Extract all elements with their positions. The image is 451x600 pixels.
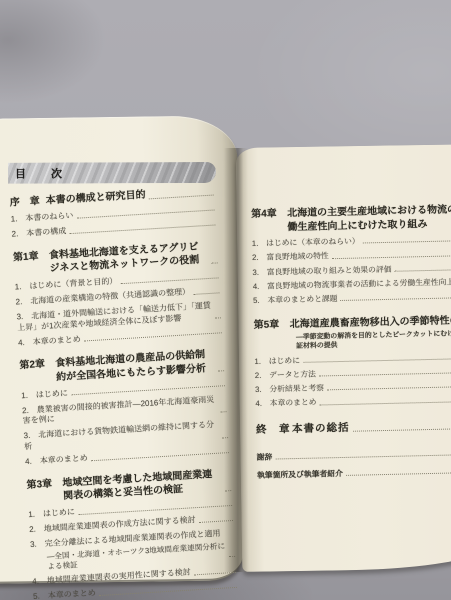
toc-item: 3. 分析結果と考察: [255, 380, 451, 395]
chapter-label: 終 章: [256, 422, 292, 437]
toc-header-title: 目 次: [8, 165, 69, 181]
dotted-leader: [303, 358, 451, 363]
toc-item-text: 2. データと方法: [255, 369, 316, 381]
dotted-leader: [222, 437, 228, 438]
toc-item-text: 5. 本章のまとめ: [33, 588, 96, 600]
dotted-leader: [99, 586, 237, 595]
dotted-leader: [120, 277, 218, 284]
toc-item: 1. はじめに: [254, 351, 451, 366]
dotted-leader: [353, 428, 451, 432]
toc-section-final: 終 章 本書の総括: [256, 417, 451, 436]
acknowledgments-entry: 謝辞: [257, 447, 451, 463]
toc-item-text: 1. はじめに: [28, 507, 75, 520]
dotted-leader: [76, 209, 214, 218]
toc-section-preface: 序 章 本書の構成と研究目的 1. 本書のねらい 2. 本書の構成: [9, 185, 215, 241]
toc-item-text: 2. 富良野地域の特性: [252, 252, 329, 264]
dotted-leader: [69, 224, 215, 234]
authors-text: 執筆箇所及び執筆者紹介: [257, 468, 343, 481]
left-page: 目 次 序 章 本書の構成と研究目的 1. 本書のねらい 2. 本書の構成: [0, 115, 243, 583]
toc-item: 2. データと方法: [255, 366, 451, 381]
dotted-leader: [332, 254, 451, 258]
dotted-leader: [341, 297, 451, 301]
dotted-leader: [395, 269, 451, 272]
dotted-leader: [221, 411, 227, 412]
chapter-title: 北海道の主要生産地域における物流の労働生産性向上にむけた取り組み: [287, 203, 451, 234]
toc-item-text: 4. 富良野地域の物流事業者の活動による労働生産性向上の足掛かり: [253, 277, 451, 292]
toc-item-text: 1. 本書のねらい: [10, 211, 73, 225]
dotted-leader: [327, 386, 451, 390]
dotted-leader: [78, 505, 232, 515]
chapter-label: 第1章: [13, 249, 50, 265]
dotted-leader: [149, 194, 214, 199]
dotted-leader: [346, 472, 451, 476]
chapter-title: 本書の総括: [292, 420, 350, 435]
chapter-subtitle: ―季節変動の解消を目的としたピークカットにむけた検証材料の提供: [296, 329, 451, 352]
dotted-leader: [229, 556, 235, 557]
toc-item-text: 1. はじめに: [254, 355, 300, 366]
dotted-leader: [320, 400, 451, 405]
dotted-leader: [194, 571, 236, 575]
dotted-leader: [212, 262, 218, 263]
dotted-leader: [84, 333, 222, 342]
toc-item-text: 1. はじめに（本章のねらい）: [252, 237, 360, 250]
toc-section-chapter5: 第5章 北海道産農畜産物移出入の季節特性の把握 ―季節変動の解消を目的としたピー…: [254, 314, 451, 409]
toc-item-text: 5. 本章のまとめと課題: [253, 294, 338, 306]
chapter-label: 第2章: [19, 358, 56, 374]
toc-item: 2. 富良野地域の特性: [252, 248, 451, 263]
chapter-label: 第5章: [254, 319, 290, 333]
toc-item: 5. 本章のまとめと課題: [253, 291, 451, 306]
dotted-leader: [275, 454, 451, 460]
toc-item: 3. 富良野地域の取り組みと効果の評価: [252, 262, 451, 277]
dotted-leader: [71, 386, 225, 396]
toc-item-text: 4. 本章のまとめ: [255, 398, 316, 410]
dotted-leader: [215, 318, 221, 319]
chapter-title: 地域空間を考慮した地域間産業連関表の構築と妥当性の検証: [62, 467, 222, 503]
dotted-leader: [218, 371, 224, 372]
chapter-title: 食料基地北海道を支えるアグリビジネスと物流ネットワークの役割: [49, 240, 209, 276]
dotted-leader: [363, 240, 451, 244]
chapter-title: 食料基地北海道の農産品の供給制約が全国各地にもたらす影響分析: [55, 348, 215, 384]
toc-item-text: 1. はじめに（背景と目的）: [15, 277, 118, 294]
toc-header-banner: 目 次: [8, 162, 216, 184]
chapter-label: 序 章: [9, 195, 46, 211]
chapter-title: 本書の構成と研究目的: [45, 189, 146, 208]
toc-left-content: 目 次 序 章 本書の構成と研究目的 1. 本書のねらい 2. 本書の構成: [7, 151, 237, 600]
chapter-label: 第3章: [26, 477, 63, 493]
toc-item-text: 3. 富良野地域の取り組みと効果の評価: [252, 264, 391, 277]
dotted-leader: [225, 490, 231, 491]
toc-section-chapter3: 第3章 地域空間を考慮した地域間産業連関表の構築と妥当性の検証 1. はじめに …: [26, 467, 237, 600]
toc-section-chapter4: 第4章 北海道の主要生産地域における物流の労働生産性向上にむけた取り組み 1. …: [251, 203, 451, 307]
toc-item: 1. はじめに（本章のねらい）: [252, 234, 451, 249]
dotted-leader: [91, 452, 229, 461]
back-matter: 謝辞 執筆箇所及び執筆者紹介: [257, 447, 451, 481]
dotted-leader: [319, 372, 451, 377]
toc-item: 4. 富良野地域の物流事業者の活動による労働生産性向上の足掛かり: [253, 277, 451, 292]
acknowledgments-text: 謝辞: [257, 451, 273, 462]
toc-right-content: 第4章 北海道の主要生産地域における物流の労働生産性向上にむけた取り組み 1. …: [251, 203, 451, 481]
chapter-subtitle-text: ―季節変動の解消を目的としたピークカットにむけた検証材料の提供: [296, 329, 451, 352]
toc-section-chapter1: 第1章 食料基地北海道を支えるアグリビジネスと物流ネットワークの役割 1. はじ…: [13, 239, 222, 349]
chapter-label: 第4章: [251, 207, 287, 221]
toc-item-text: 4. 本章のまとめ: [25, 454, 88, 468]
dotted-leader: [199, 520, 233, 523]
toc-item: 4. 本章のまとめ: [255, 394, 451, 409]
toc-item-text: 4. 本章のまとめ: [18, 334, 81, 348]
book-photo-scene: 目 次 序 章 本書の構成と研究目的 1. 本書のねらい 2. 本書の構成: [0, 0, 451, 600]
dotted-leader: [193, 292, 219, 295]
toc-item-text: 1. はじめに: [21, 388, 68, 401]
toc-section-chapter2: 第2章 食料基地北海道の農産品の供給制約が全国各地にもたらす影響分析 1. はじ…: [19, 348, 229, 468]
toc-item-text: 3. 分析結果と考察: [255, 383, 324, 395]
toc-item-text: 2. 本書の構成: [11, 226, 66, 240]
